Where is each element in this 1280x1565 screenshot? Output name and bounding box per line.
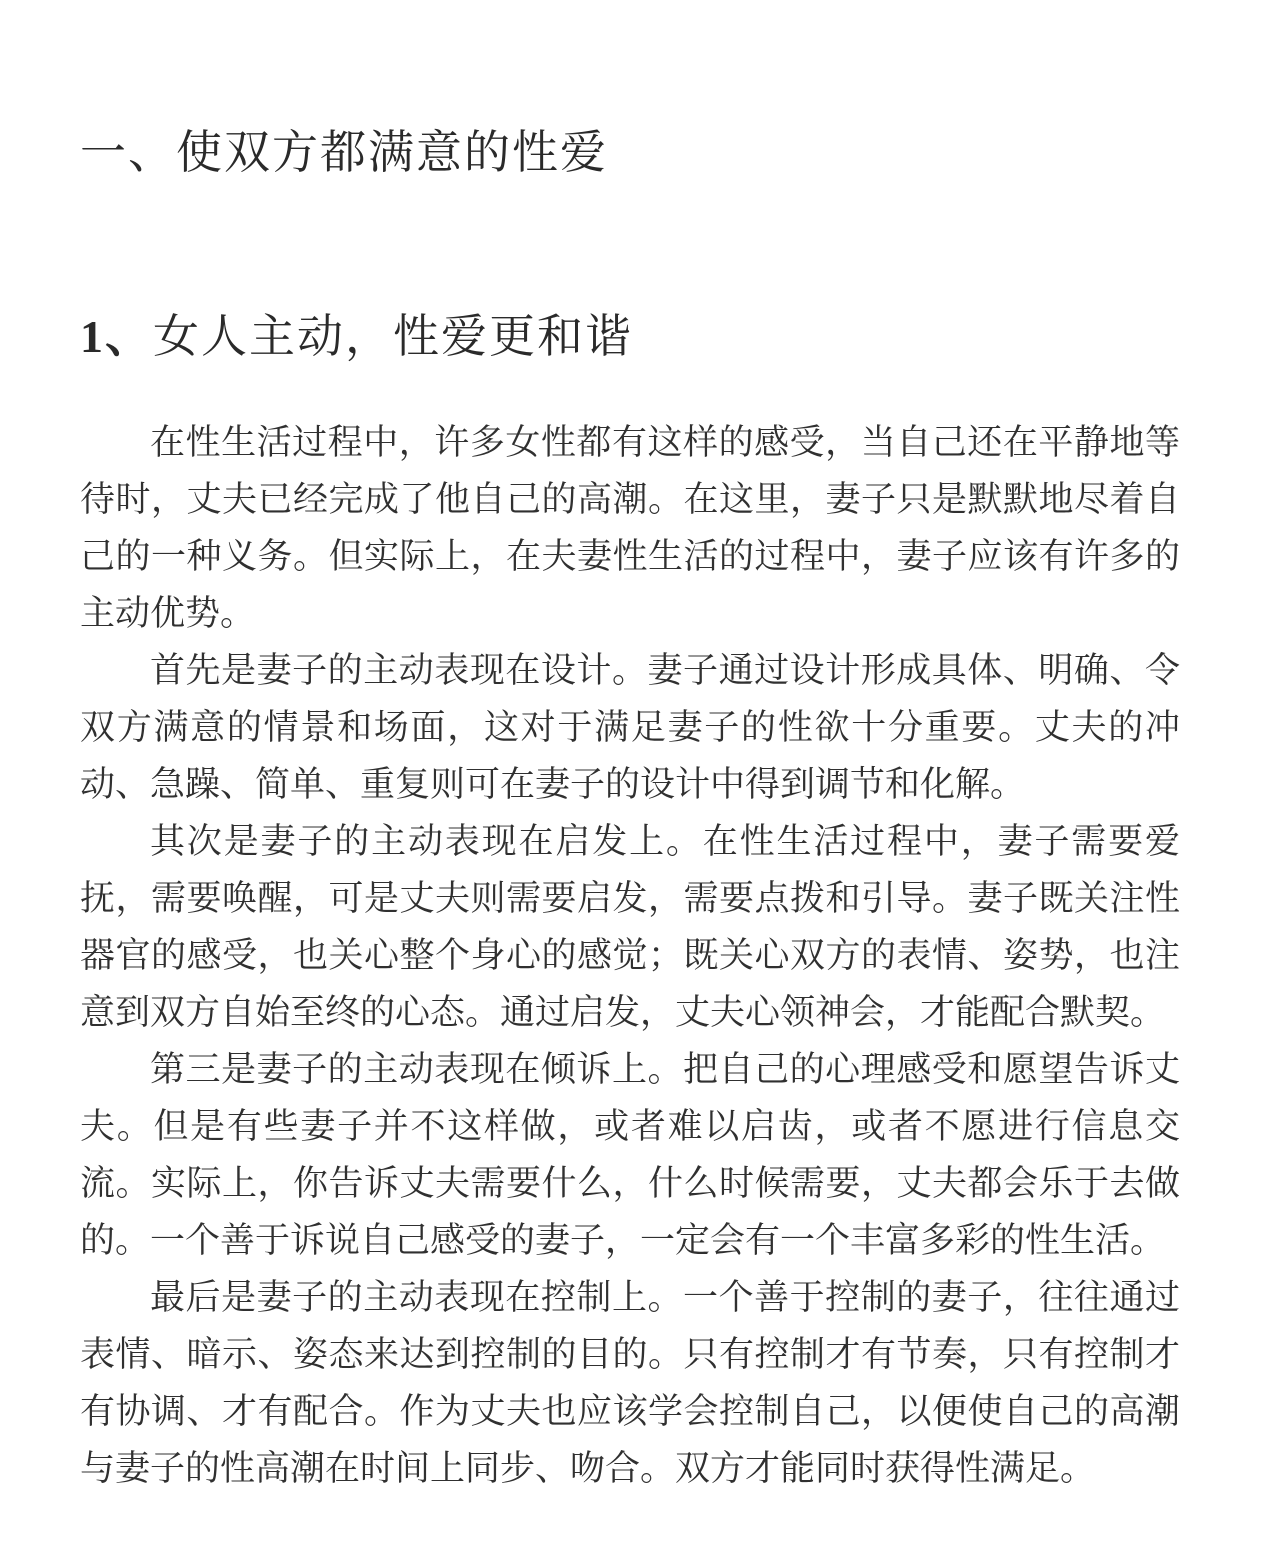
body-paragraph: 首先是妻子的主动表现在设计。妻子通过设计形成具体、明确、令双方满意的情景和场面，… bbox=[80, 642, 1180, 813]
body-text: 在性生活过程中，许多女性都有这样的感受，当自己还在平静地等待时，丈夫已经完成了他… bbox=[80, 414, 1180, 1497]
section-title: 女人主动，性爱更和谐 bbox=[153, 311, 633, 362]
body-paragraph: 最后是妻子的主动表现在控制上。一个善于控制的妻子，往往通过表情、暗示、姿态来达到… bbox=[80, 1269, 1180, 1497]
section-heading: 1、女人主动，性爱更和谐 bbox=[80, 308, 1180, 366]
body-paragraph: 其次是妻子的主动表现在启发上。在性生活过程中，妻子需要爱抚，需要唤醒，可是丈夫则… bbox=[80, 813, 1180, 1041]
body-paragraph: 在性生活过程中，许多女性都有这样的感受，当自己还在平静地等待时，丈夫已经完成了他… bbox=[80, 414, 1180, 642]
section-number: 1、 bbox=[80, 311, 153, 362]
chapter-heading: 一、使双方都满意的性爱 bbox=[80, 124, 1180, 182]
document-page: 一、使双方都满意的性爱 1、女人主动，性爱更和谐 在性生活过程中，许多女性都有这… bbox=[0, 0, 1280, 1565]
body-paragraph: 第三是妻子的主动表现在倾诉上。把自己的心理感受和愿望告诉丈夫。但是有些妻子并不这… bbox=[80, 1041, 1180, 1269]
